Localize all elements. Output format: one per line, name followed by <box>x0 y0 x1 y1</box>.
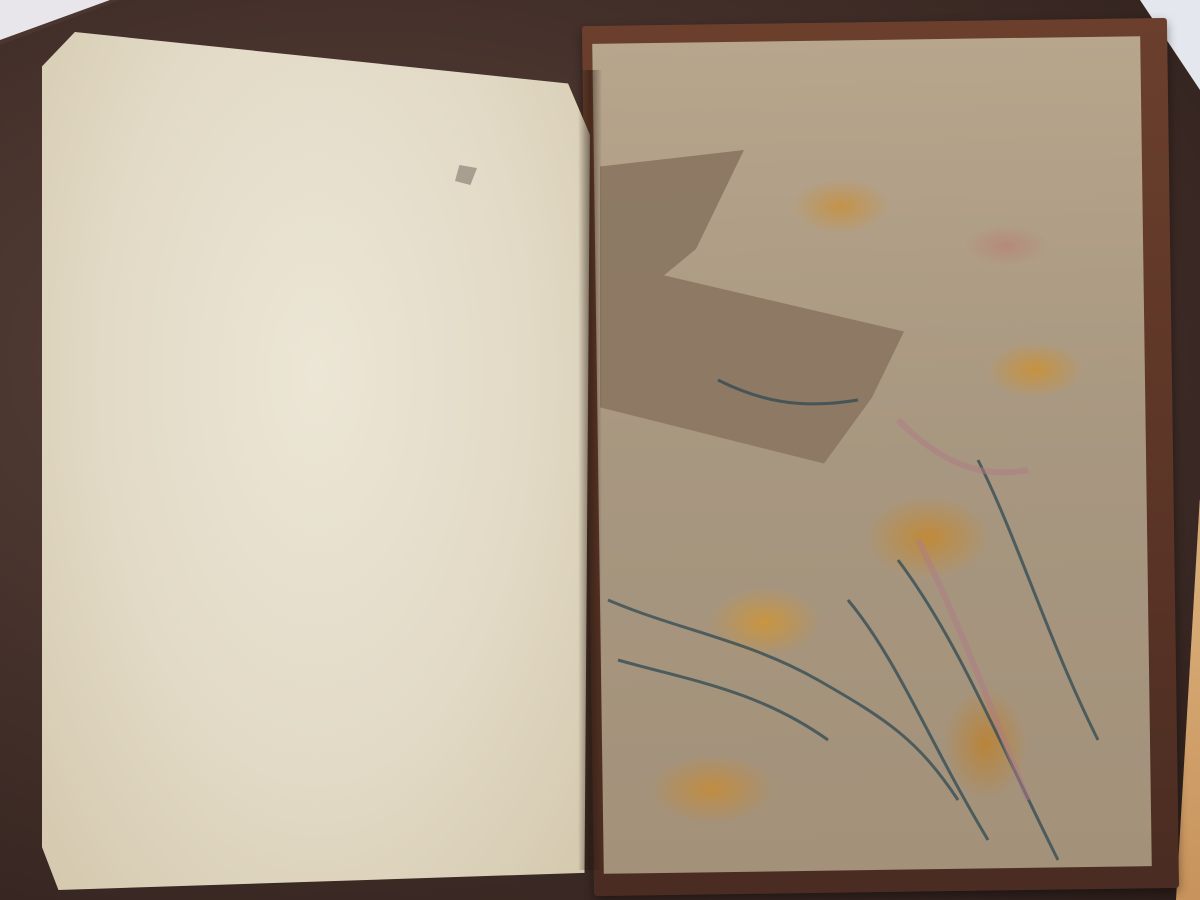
book-gutter <box>578 70 602 870</box>
marbling-veins <box>598 40 1146 870</box>
blank-flyleaf <box>42 32 590 890</box>
book-photo <box>0 0 1200 900</box>
